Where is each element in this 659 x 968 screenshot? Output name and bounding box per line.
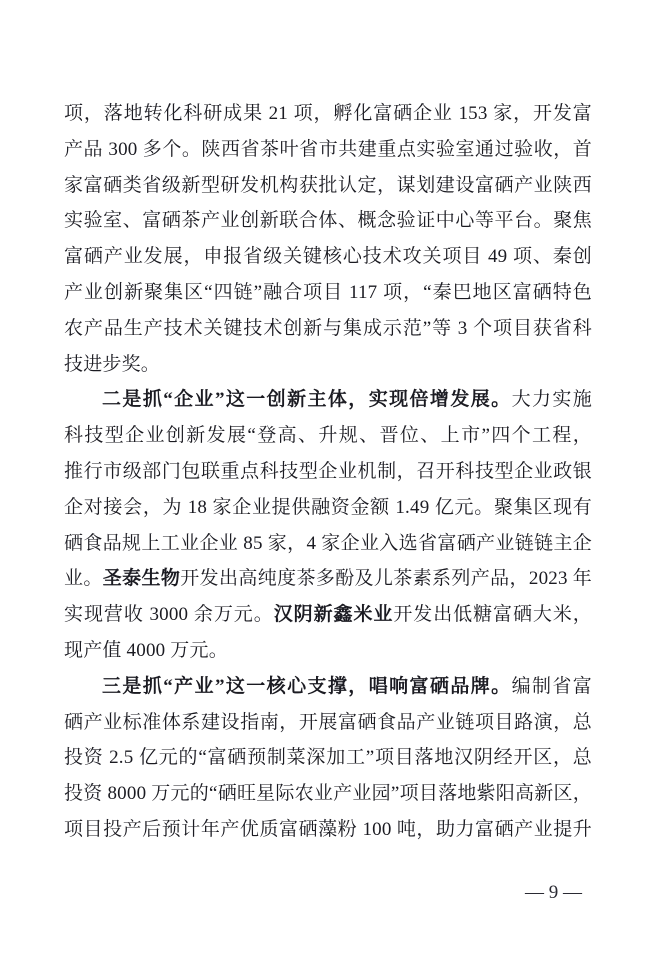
text-segment: 家富硒类省级新型研发机构获批认定，谋划建设富硒产业陕西 (64, 175, 592, 196)
paragraph-2: 二是抓“企业”这一创新主体，实现倍增发展。大力实施科技型企业创新发展“登高、升规… (64, 382, 592, 668)
text-segment: 实现营收 3000 余万元。 (64, 604, 274, 625)
text-line: 项目投产后预计年产优质富硒藻粉 100 吨，助力富硒产业提升 (64, 812, 592, 848)
text-line: 科技型企业创新发展“登高、升规、晋位、上市”四个工程， (64, 418, 592, 454)
text-segment: 技进步奖。 (64, 354, 160, 375)
text-line: 家富硒类省级新型研发机构获批认定，谋划建设富硒产业陕西 (64, 168, 592, 204)
text-line: 企对接会，为 18 家企业提供融资金额 1.49 亿元。聚集区现有富 (64, 490, 592, 526)
bold-text-segment: 三是抓“产业”这一核心支撑，唱响富硒品牌。 (102, 676, 512, 697)
text-segment: 产业创新聚集区“四链”融合项目 117 项，“秦巴地区富硒特色 (64, 282, 592, 303)
page-footer: — 9 — (64, 882, 592, 904)
text-line: 业。圣泰生物开发出高纯度茶多酚及儿茶素系列产品，2023 年 (64, 561, 592, 597)
document-page: 项，落地转化科研成果 21 项，孵化富硒企业 153 家，开发富硒产品 300 … (0, 0, 659, 968)
text-segment: 编制省富 (512, 676, 592, 697)
text-line: 产品 300 多个。陕西省茶叶省市共建重点实验室通过验收，首 (64, 132, 592, 168)
bold-text-segment: 圣泰生物 (103, 568, 180, 589)
text-segment: 投资 8000 万元的“硒旺星际农业产业园”项目落地紫阳高新区， (64, 783, 592, 804)
text-segment: 项目投产后预计年产优质富硒藻粉 100 吨，助力富硒产业提升 (64, 819, 592, 840)
text-segment: 农产品生产技术关键技术创新与集成示范”等 3 个项目获省科 (64, 318, 592, 339)
paragraph-3: 三是抓“产业”这一核心支撑，唱响富硒品牌。编制省富硒产业标准体系建设指南，开展富… (64, 669, 592, 848)
text-line: 技进步奖。 (64, 347, 592, 383)
text-line: 农产品生产技术关键技术创新与集成示范”等 3 个项目获省科 (64, 311, 592, 347)
text-line: 项，落地转化科研成果 21 项，孵化富硒企业 153 家，开发富硒 (64, 96, 592, 132)
bold-text-segment: 二是抓“企业”这一创新主体，实现倍增发展。 (102, 389, 512, 410)
text-segment: 业。 (64, 568, 103, 589)
text-line: 三是抓“产业”这一核心支撑，唱响富硒品牌。编制省富 (64, 669, 592, 705)
text-line: 投资 2.5 亿元的“富硒预制菜深加工”项目落地汉阴经开区，总 (64, 740, 592, 776)
text-segment: 硒食品规上工业企业 85 家，4 家企业入选省富硒产业链链主企 (64, 533, 592, 554)
text-segment: 富硒产业发展，申报省级关键核心技术攻关项目 49 项、秦创原 (64, 246, 592, 275)
text-line: 投资 8000 万元的“硒旺星际农业产业园”项目落地紫阳高新区， (64, 776, 592, 812)
text-line: 实验室、富硒茶产业创新联合体、概念验证中心等平台。聚焦 (64, 203, 592, 239)
text-segment: 科技型企业创新发展“登高、升规、晋位、上市”四个工程， (64, 425, 592, 446)
text-line: 二是抓“企业”这一创新主体，实现倍增发展。大力实施 (64, 382, 592, 418)
text-line: 产业创新聚集区“四链”融合项目 117 项，“秦巴地区富硒特色 (64, 275, 592, 311)
text-line: 硒食品规上工业企业 85 家，4 家企业入选省富硒产业链链主企 (64, 526, 592, 562)
text-line: 现产值 4000 万元。 (64, 633, 592, 669)
text-segment: 企对接会，为 18 家企业提供融资金额 1.49 亿元。聚集区现有富 (64, 497, 592, 526)
text-segment: 项，落地转化科研成果 21 项，孵化富硒企业 153 家，开发富硒 (64, 103, 592, 132)
page-number: — 9 — (525, 882, 582, 903)
text-segment: 实验室、富硒茶产业创新联合体、概念验证中心等平台。聚焦 (64, 210, 592, 231)
text-block: 项，落地转化科研成果 21 项，孵化富硒企业 153 家，开发富硒产品 300 … (64, 96, 592, 848)
bold-text-segment: 汉阴新鑫米业 (274, 604, 394, 625)
text-line: 富硒产业发展，申报省级关键核心技术攻关项目 49 项、秦创原 (64, 239, 592, 275)
text-segment: 投资 2.5 亿元的“富硒预制菜深加工”项目落地汉阴经开区，总 (64, 747, 592, 768)
text-segment: 硒产业标准体系建设指南，开展富硒食品产业链项目路演，总 (64, 712, 592, 733)
text-segment: 产品 300 多个。陕西省茶叶省市共建重点实验室通过验收，首 (64, 139, 592, 160)
text-segment: 推行市级部门包联重点科技型企业机制，召开科技型企业政银 (64, 461, 592, 482)
paragraph-1: 项，落地转化科研成果 21 项，孵化富硒企业 153 家，开发富硒产品 300 … (64, 96, 592, 382)
text-line: 推行市级部门包联重点科技型企业机制，召开科技型企业政银 (64, 454, 592, 490)
text-line: 硒产业标准体系建设指南，开展富硒食品产业链项目路演，总 (64, 705, 592, 741)
text-segment: 大力实施 (512, 389, 592, 410)
text-segment: 现产值 4000 万元。 (64, 640, 228, 661)
text-line: 实现营收 3000 余万元。汉阴新鑫米业开发出低糖富硒大米，实 (64, 597, 592, 633)
text-segment: 开发出高纯度茶多酚及儿茶素系列产品，2023 年 (180, 568, 592, 589)
